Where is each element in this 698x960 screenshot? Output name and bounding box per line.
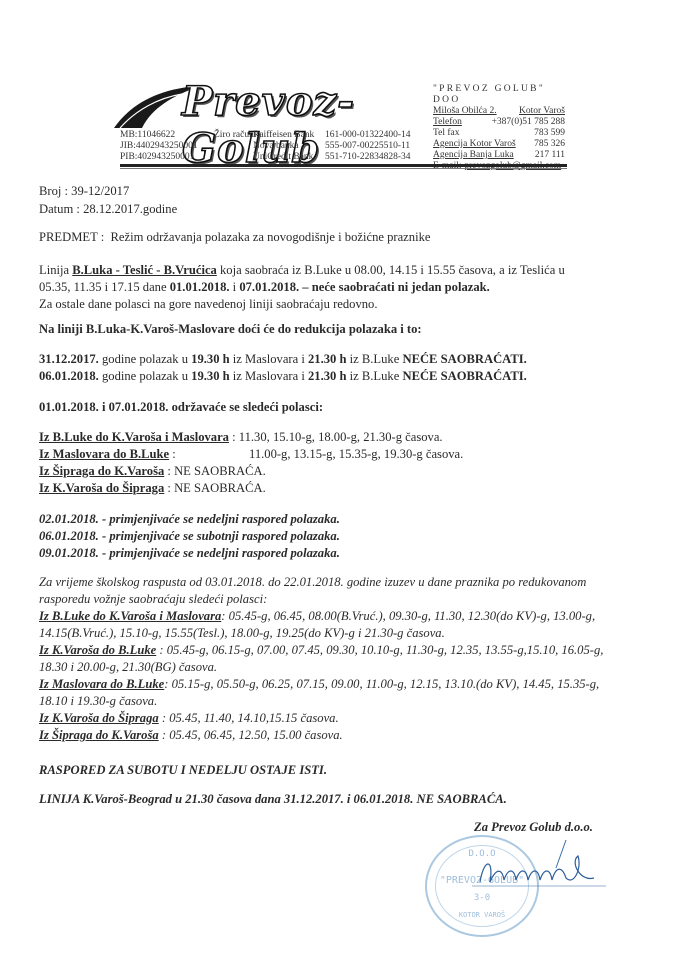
school-route: Iz B.Luke do K.Varoša i Maslovara: 05.45… (39, 608, 595, 625)
school-route: Iz K.Varoša do B.Luke : 05.45-g, 06.15-g… (39, 642, 603, 659)
document-date: Datum : 28.12.2017.godine (39, 201, 177, 218)
company-ids: MB:11046622 JIB:4402943250001 PIB:402943… (120, 130, 198, 163)
company-logo: Prevoz-Golub (112, 78, 432, 133)
holiday-heading: 01.01.2018. i 07.01.2018. održavaće se s… (39, 399, 323, 416)
header-divider-thin (120, 168, 567, 169)
subject-label: PREDMET : (39, 230, 104, 244)
line-name: B.Luka - Teslić - B.Vrućica (72, 263, 217, 277)
holiday-route: Iz Šipraga do K.Varoša : NE SAOBRAĆA. (39, 463, 266, 480)
para1-line3: Za ostale dane polasci na gore navedenoj… (39, 296, 378, 313)
status-text: NEĆE SAOBRAĆATI. (402, 369, 526, 383)
signoff: Za Prevoz Golub d.o.o. (474, 819, 593, 836)
holiday-route: Iz Maslovara do B.Luke : (39, 446, 176, 463)
para1-line1: Linija B.Luka - Teslić - B.Vrućica koja … (39, 262, 565, 279)
weekend-note: RASPORED ZA SUBOTU I NEDELJU OSTAJE ISTI… (39, 762, 327, 779)
header-divider (120, 164, 567, 167)
reduction-heading: Na liniji B.Luka-K.Varoš-Maslovare doći … (39, 321, 422, 338)
school-intro: Za vrijeme školskog raspusta od 03.01.20… (39, 574, 586, 591)
bank-accounts: Raiffeisen Bank161-000-01322400-14 Nova … (253, 130, 411, 163)
subject-text: Režim održavanja polazaka za novogodišnj… (111, 230, 431, 244)
reduction-row: 06.01.2018. godine polazak u 19.30 h iz … (39, 368, 527, 385)
giro-label: Žiro računi (214, 130, 256, 140)
signature-icon (470, 838, 610, 908)
schedule-note: 09.01.2018. - primjenjivaće se nedeljni … (39, 545, 340, 562)
contact-agency-kv: Agencija Kotor Varoš 785 326 (433, 139, 565, 150)
company-title: "PREVOZ GOLUB" DOO (433, 84, 565, 106)
reduction-row: 31.12.2017. godine polazak u 19.30 h iz … (39, 351, 527, 368)
school-route: Iz K.Varoša do Šipraga : 05.45, 11.40, 1… (39, 710, 339, 727)
document-number: Broj : 39-12/2017 (39, 183, 129, 200)
contact-phone: Telefon +387(0)51 785 288 (433, 117, 565, 128)
contact-agency-bl: Agencija Banja Luka 217 111 (433, 150, 565, 161)
school-route: Iz Šipraga do K.Varoša : 05.45, 06.45, 1… (39, 727, 343, 744)
status-text: NEĆE SAOBRAĆATI. (402, 352, 526, 366)
holiday-route: Iz B.Luke do K.Varoša i Maslovara : 11.3… (39, 429, 443, 446)
subject-line: PREDMET : Režim održavanja polazaka za n… (39, 229, 430, 246)
holiday-route-times: 11.00-g, 13.15-g, 15.35-g, 19.30-g časov… (249, 446, 463, 463)
school-intro-2: rasporedu vožnje saobraćaju sledeći pola… (39, 591, 267, 608)
school-route: Iz Maslovara do B.Luke: 05.15-g, 05.50-g… (39, 676, 599, 693)
para1-line2: 05.35, 11.35 i 17.15 dane 01.01.2018. i … (39, 279, 490, 296)
school-route-cont: 14.15(B.Vruć.), 15.10-g, 15.55(Tesl.), 1… (39, 625, 445, 642)
holiday-route: Iz K.Varoša do Šipraga : NE SAOBRAĆA. (39, 480, 266, 497)
schedule-note: 06.01.2018. - primjenjivaće se subotnji … (39, 528, 340, 545)
schedule-note: 02.01.2018. - primjenjivaće se nedeljni … (39, 511, 340, 528)
company-address: Miloša Obilća 2. Kotor Varoš (433, 106, 565, 117)
belgrade-note: LINIJA K.Varoš-Beograd u 21.30 časova da… (39, 791, 507, 808)
company-contacts: "PREVOZ GOLUB" DOO Miloša Obilća 2. Koto… (433, 84, 565, 172)
contact-fax: Tel fax 783 599 (433, 128, 565, 139)
school-route-cont: 18.10 i 19.30-g časova. (39, 693, 157, 710)
school-route-cont: 18.30 i 20.00-g, 21.30(BG) časova. (39, 659, 217, 676)
